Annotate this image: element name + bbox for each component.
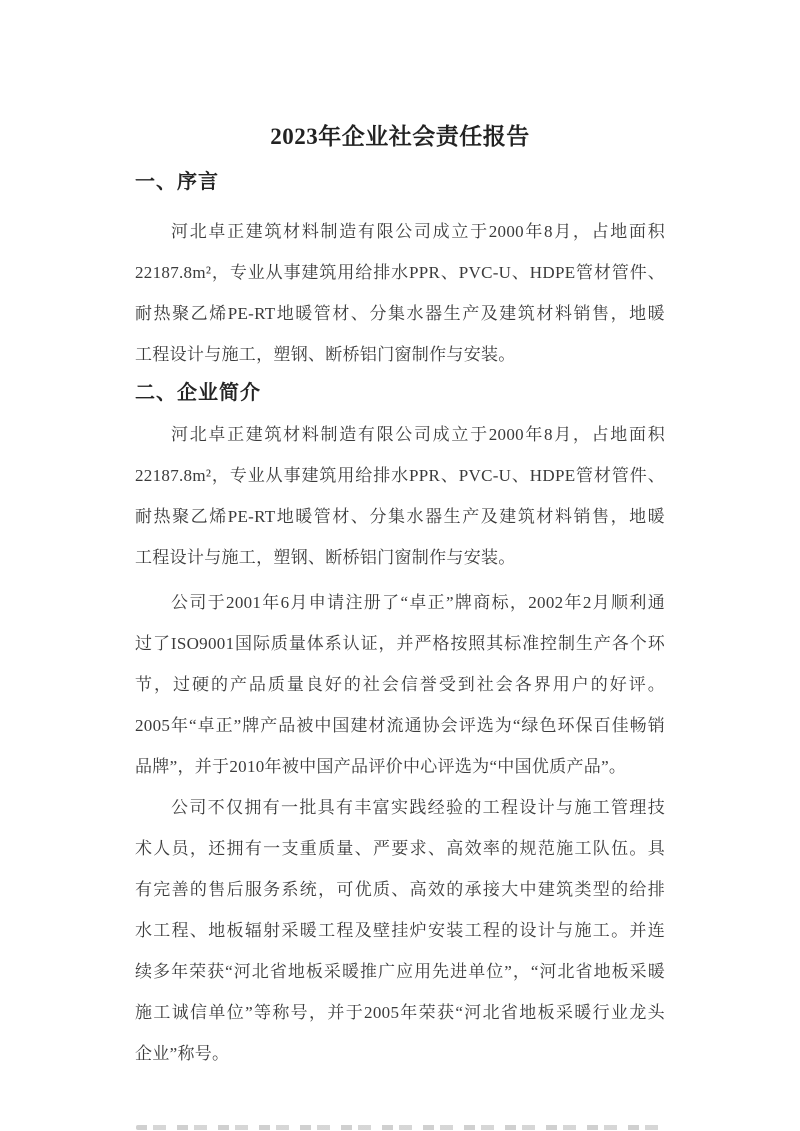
text-line: 施工诚信单位”等称号，并于2005年荣获“河北省地板采暖行业龙头 [135, 992, 665, 1033]
section-heading-company-profile: 二、企业简介 [135, 377, 665, 409]
next-page-text-cutoff [136, 1125, 660, 1130]
text-line: 公司于2001年6月申请注册了“卓正”牌商标，2002年2月顺利通 [135, 582, 665, 623]
text-line: 续多年荣获“河北省地板采暖推广应用先进单位”，“河北省地板采暖 [135, 951, 665, 992]
document-content: 2023年企业社会责任报告 一、序言 河北卓正建筑材料制造有限公司成立于2000… [0, 121, 800, 1074]
paragraph: 河北卓正建筑材料制造有限公司成立于2000年8月，占地面积 22187.8m²，… [135, 211, 665, 375]
text-line: 企业”称号。 [135, 1033, 665, 1074]
text-line: 品牌”，并于2010年被中国产品评价中心评选为“中国优质产品”。 [135, 746, 665, 787]
page: 2023年企业社会责任报告 一、序言 河北卓正建筑材料制造有限公司成立于2000… [0, 0, 800, 1131]
text-line: 2005年“卓正”牌产品被中国建材流通协会评选为“绿色环保百佳畅销 [135, 705, 665, 746]
paragraph: 公司于2001年6月申请注册了“卓正”牌商标，2002年2月顺利通 过了ISO9… [135, 582, 665, 787]
text-line: 水工程、地板辐射采暖工程及壁挂炉安装工程的设计与施工。并连 [135, 910, 665, 951]
text-line: 有完善的售后服务系统，可优质、高效的承接大中建筑类型的给排 [135, 869, 665, 910]
text-line: 工程设计与施工，塑钢、断桥铝门窗制作与安装。 [135, 537, 665, 578]
text-line: 过了ISO9001国际质量体系认证，并严格按照其标准控制生产各个环 [135, 623, 665, 664]
document-title: 2023年企业社会责任报告 [135, 121, 665, 153]
text-line: 22187.8m²，专业从事建筑用给排水PPR、PVC-U、HDPE管材管件、 [135, 252, 665, 293]
text-line: 耐热聚乙烯PE-RT地暖管材、分集水器生产及建筑材料销售，地暖 [135, 496, 665, 537]
text-line: 河北卓正建筑材料制造有限公司成立于2000年8月，占地面积 [135, 414, 665, 455]
text-line: 节，过硬的产品质量良好的社会信誉受到社会各界用户的好评。 [135, 664, 665, 705]
text-line: 河北卓正建筑材料制造有限公司成立于2000年8月，占地面积 [135, 211, 665, 252]
text-line: 工程设计与施工，塑钢、断桥铝门窗制作与安装。 [135, 334, 665, 375]
text-line: 耐热聚乙烯PE-RT地暖管材、分集水器生产及建筑材料销售，地暖 [135, 293, 665, 334]
section-heading-preface: 一、序言 [135, 166, 665, 198]
text-line: 22187.8m²，专业从事建筑用给排水PPR、PVC-U、HDPE管材管件、 [135, 455, 665, 496]
paragraph: 河北卓正建筑材料制造有限公司成立于2000年8月，占地面积 22187.8m²，… [135, 414, 665, 578]
text-line: 公司不仅拥有一批具有丰富实践经验的工程设计与施工管理技 [135, 787, 665, 828]
text-line: 术人员，还拥有一支重质量、严要求、高效率的规范施工队伍。具 [135, 828, 665, 869]
paragraph: 公司不仅拥有一批具有丰富实践经验的工程设计与施工管理技 术人员，还拥有一支重质量… [135, 787, 665, 1074]
